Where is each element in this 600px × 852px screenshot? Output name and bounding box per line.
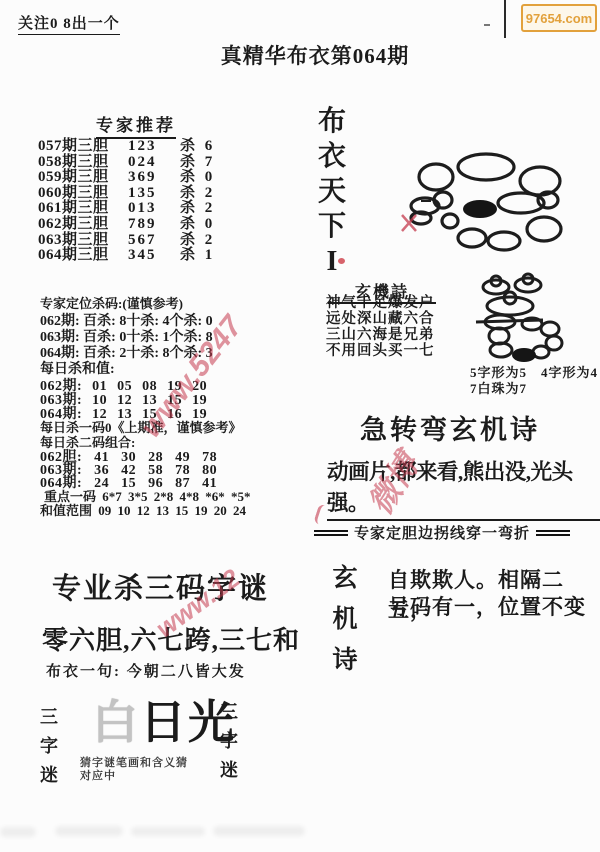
kill-cell: 杀 6: [180, 139, 215, 155]
vertical-char: 字: [40, 737, 58, 755]
scan-smudge: [131, 827, 205, 836]
corner-divider-line: [504, 0, 506, 38]
kill-cell: 杀 2: [180, 233, 215, 249]
buyi-tianxia-title: 布 衣 天 下 I: [312, 108, 352, 283]
riddle-char-light: 白: [92, 697, 140, 748]
watch-note: 关注0 8出一个: [18, 12, 120, 35]
vertical-char: 玄: [332, 566, 357, 591]
poem-line: 三山六海是兄弟: [326, 327, 435, 343]
expert-recommend-table: 057期三胆123杀 6 058期三胆024杀 7 059期三胆369杀 0 0…: [38, 139, 253, 264]
table-row: 059期三胆369杀 0: [38, 170, 253, 186]
vertical-char: 布: [318, 108, 346, 136]
dan-cell: 024: [128, 155, 180, 171]
lottery-sheet-page: 关注0 8出一个 97654.com 真精华布衣第064期 专家推荐 057期三…: [0, 0, 600, 852]
kill-cell: 杀 0: [180, 217, 215, 233]
table-row: 062期三胆789杀 0: [38, 217, 253, 233]
period-cell: 061期三胆: [38, 201, 128, 217]
period-cell: 059期三胆: [38, 170, 128, 186]
xuanji-poem: 神气十足爆发户 远处深山藏六合 三山六海是兄弟 不用回头买一七: [326, 295, 435, 359]
table-row: 058期三胆024杀 7: [38, 155, 253, 171]
riddle-caption: 猜字谜笔画和含义猜 对应中: [80, 757, 188, 783]
expert-recommend-title: 专家推荐: [96, 111, 176, 139]
vertical-char: 天: [318, 178, 346, 206]
divider-line: [314, 530, 348, 536]
table-row: 057期三胆123杀 6: [38, 139, 253, 155]
scan-smudge: [213, 826, 305, 836]
mystery-line-2: 号码有一，位置不变: [388, 591, 586, 621]
vertical-char: 字: [220, 732, 238, 750]
kill-cell: 杀 7: [180, 155, 215, 171]
vertical-char: 三: [40, 708, 58, 726]
riddle-caption-line: 猜字谜笔画和含义猜: [80, 757, 188, 770]
vertical-char: 衣: [318, 143, 346, 171]
riddle-right-label: 三 字 迷: [216, 703, 242, 790]
scan-smudge: [0, 827, 36, 837]
vertical-char: I: [327, 248, 338, 276]
vertical-char: 下: [318, 213, 346, 241]
poem-line: 远处深山藏六合: [326, 311, 435, 327]
divider-line: [536, 530, 570, 536]
dan-cell: 345: [128, 248, 180, 264]
period-cell: 063期三胆: [38, 233, 128, 249]
table-row: 063期三胆567杀 2: [38, 233, 253, 249]
dan-cell: 789: [128, 217, 180, 233]
dan-cell: 567: [128, 233, 180, 249]
scan-smudge: [55, 826, 123, 836]
dan-cell: 123: [128, 139, 180, 155]
vertical-char: 诗: [332, 648, 357, 673]
hand-drawing-circles: [388, 143, 573, 258]
section-divider: 专家定胆边拐线穿一弯折: [312, 522, 572, 543]
period-cell: 064期三胆: [38, 248, 128, 264]
buyi-sentence: 布衣一句: 今朝二八皆大发: [46, 660, 246, 681]
hand-drawing-ingots: [468, 272, 583, 367]
page-title: 真精华布衣第064期: [170, 40, 460, 70]
table-row: 061期三胆013杀 2: [38, 201, 253, 217]
kill-cell: 杀 2: [180, 201, 215, 217]
vertical-char: 迷: [40, 766, 58, 784]
kill-cell: 杀 0: [180, 170, 215, 186]
period-cell: 057期三胆: [38, 139, 128, 155]
period-cell: 058期三胆: [38, 155, 128, 171]
riddle-answer-word: 白日光: [92, 700, 236, 746]
dan-cell: 135: [128, 186, 180, 202]
red-mark: [338, 258, 345, 264]
mystery-poem-vertical-title: 玄 机 诗: [330, 566, 360, 689]
poem-line: 神气十足爆发户: [326, 295, 435, 311]
dan-cell: 369: [128, 170, 180, 186]
kill-cell: 杀 1: [180, 248, 215, 264]
sum-range-line: 和值范围 09 10 12 13 15 19 20 24: [40, 500, 246, 519]
dan-cell: 013: [128, 201, 180, 217]
vertical-char: 迷: [220, 761, 238, 779]
riddle-left-label: 三 字 迷: [36, 708, 62, 795]
divider-text: 专家定胆边拐线穿一弯折: [354, 522, 530, 543]
corner-dash: [484, 24, 490, 26]
poem-line: 不用回头买一七: [326, 343, 435, 359]
table-row: 064期三胆345杀 1: [38, 248, 253, 264]
riddle-caption-line: 对应中: [80, 770, 188, 783]
vertical-char: 机: [332, 607, 357, 632]
shape-caption-2: 7白珠为7: [470, 378, 527, 397]
sharp-turn-title: 急转弯玄机诗: [330, 408, 570, 447]
vertical-char: 三: [220, 703, 238, 721]
period-cell: 062期三胆: [38, 217, 128, 233]
site-badge[interactable]: 97654.com: [521, 4, 597, 32]
